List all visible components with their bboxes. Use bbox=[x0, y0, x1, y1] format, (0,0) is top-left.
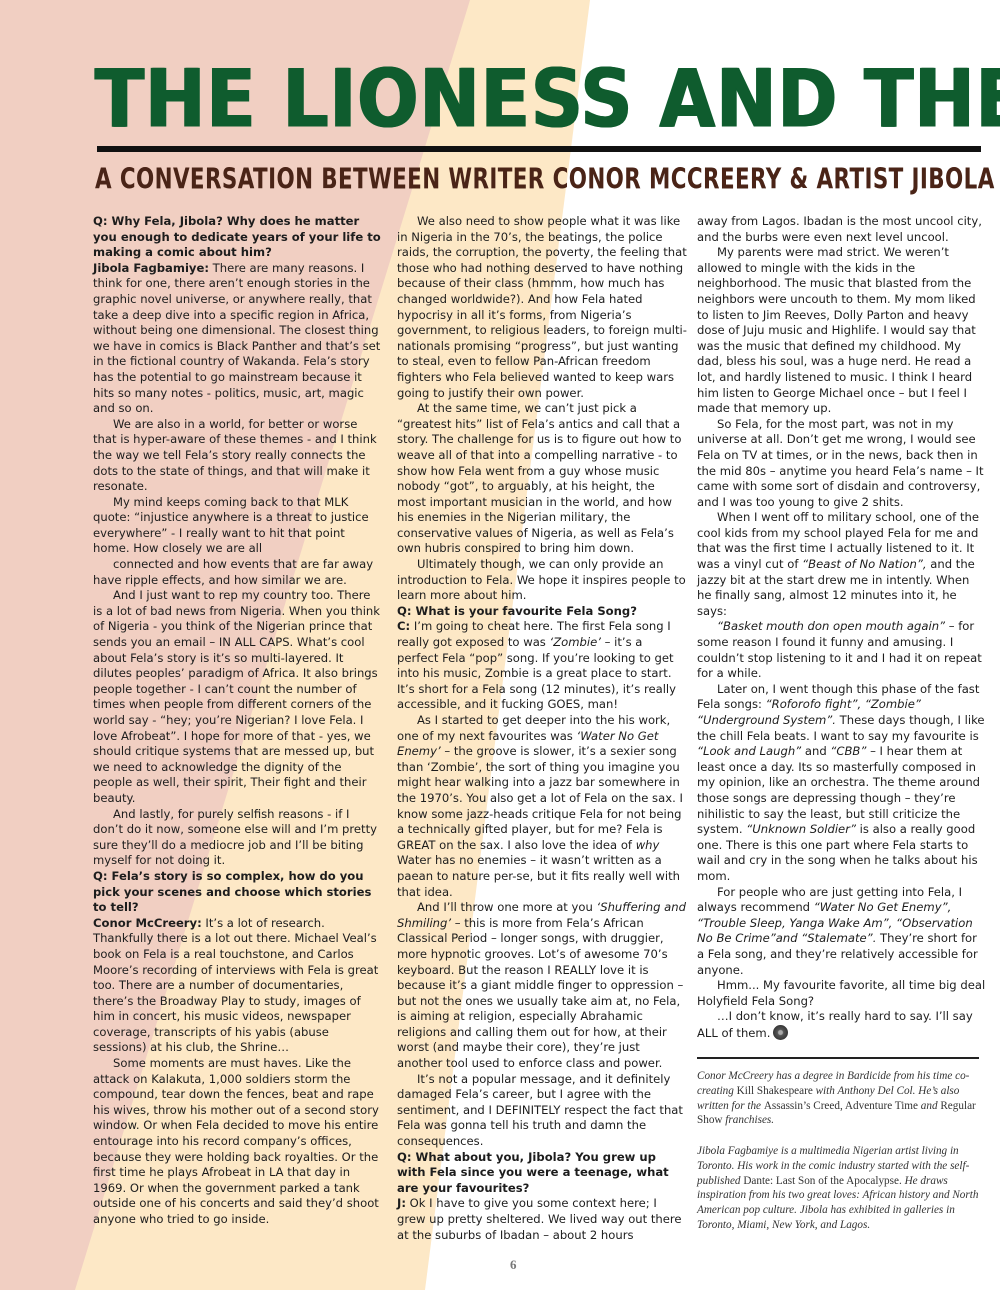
song-title: “Unknown Soldier” bbox=[746, 822, 856, 836]
song-title: “Look and Laugh” bbox=[697, 744, 801, 758]
article-column-1: Q: Why Fela, Jibola? Why does he matter … bbox=[93, 214, 381, 1228]
paragraph: And lastly, for purely selfish reasons -… bbox=[93, 807, 381, 869]
song-title: “CBB” bbox=[830, 744, 866, 758]
paragraph: My mind keeps coming back to that MLK qu… bbox=[93, 495, 381, 557]
question-3: Q: What is your favourite Fela Song? bbox=[397, 604, 687, 620]
record-disc-icon bbox=[773, 1025, 788, 1040]
paragraph: “Basket mouth don open mouth again” – fo… bbox=[697, 619, 987, 681]
paragraph: As I started to get deeper into the his … bbox=[397, 713, 687, 900]
paragraph: We also need to show people what it was … bbox=[397, 214, 687, 401]
lyric-quote: “Basket mouth don open mouth again” bbox=[717, 619, 945, 633]
paragraph: …I don’t know, it’s really hard to say. … bbox=[697, 1009, 987, 1041]
paragraph: connected and how events that are far aw… bbox=[93, 557, 381, 588]
bio-divider bbox=[697, 1057, 979, 1059]
paragraph: We are also in a world, for better or wo… bbox=[93, 417, 381, 495]
paragraph: My parents were mad strict. We weren’t a… bbox=[697, 245, 987, 417]
question-1: Q: Why Fela, Jibola? Why does he matter … bbox=[93, 214, 381, 261]
song-title: ‘Zombie’ bbox=[550, 635, 601, 649]
paragraph: And I’ll throw one more at you ‘Shufferi… bbox=[397, 900, 687, 1072]
article-subtitle: A CONVERSATION BETWEEN WRITER CONOR MCCR… bbox=[95, 158, 789, 200]
title-divider bbox=[97, 146, 981, 152]
question-2: Q: Fela’s story is so complex, how do yo… bbox=[93, 869, 381, 916]
paragraph: At the same time, we can’t just pick a “… bbox=[397, 401, 687, 557]
page-number: 6 bbox=[510, 1257, 517, 1273]
answer-1: Jibola Fagbamiye: There are many reasons… bbox=[93, 261, 381, 417]
article-title: THE LIONESS AND THE EMPIRE bbox=[95, 48, 975, 149]
paragraph: Some moments are must haves. Like the at… bbox=[93, 1056, 381, 1228]
paragraph: Ultimately though, we can only provide a… bbox=[397, 557, 687, 604]
paragraph: For people who are just getting into Fel… bbox=[697, 885, 987, 979]
bio-jibola-fagbamiye: Jibola Fagbamiye is a multimedia Nigeria… bbox=[697, 1144, 987, 1233]
article-column-2: We also need to show people what it was … bbox=[397, 214, 687, 1243]
answer-3: C: I’m going to cheat here. The first Fe… bbox=[397, 619, 687, 713]
song-title: “Beast of No Nation”, bbox=[802, 557, 926, 571]
question-4: Q: What about you, Jibola? You grew up w… bbox=[397, 1150, 687, 1197]
magazine-page: THE LIONESS AND THE EMPIRE A CONVERSATIO… bbox=[0, 0, 1000, 1290]
paragraph: When I went off to military school, one … bbox=[697, 510, 987, 619]
paragraph: And I just want to rep my country too. T… bbox=[93, 588, 381, 806]
paragraph: It’s not a popular message, and it defin… bbox=[397, 1072, 687, 1150]
paragraph: So Fela, for the most part, was not in m… bbox=[697, 417, 987, 511]
answer-4: J: Ok I have to give you some context he… bbox=[397, 1196, 687, 1243]
speaker-label: C: bbox=[397, 619, 410, 633]
article-column-3: away from Lagos. Ibadan is the most unco… bbox=[697, 214, 987, 1041]
speaker-label: J: bbox=[397, 1196, 406, 1210]
paragraph: Hmm... My favourite favorite, all time b… bbox=[697, 978, 987, 1009]
bio-conor-mccreery: Conor McCreery has a degree in Bardicide… bbox=[697, 1069, 987, 1128]
speaker-label: Jibola Fagbamiye: bbox=[93, 261, 209, 275]
answer-2: Conor McCreery: It’s a lot of research. … bbox=[93, 916, 381, 1056]
paragraph: Later on, I went though this phase of th… bbox=[697, 682, 987, 885]
paragraph: away from Lagos. Ibadan is the most unco… bbox=[697, 214, 987, 245]
speaker-label: Conor McCreery: bbox=[93, 916, 202, 930]
